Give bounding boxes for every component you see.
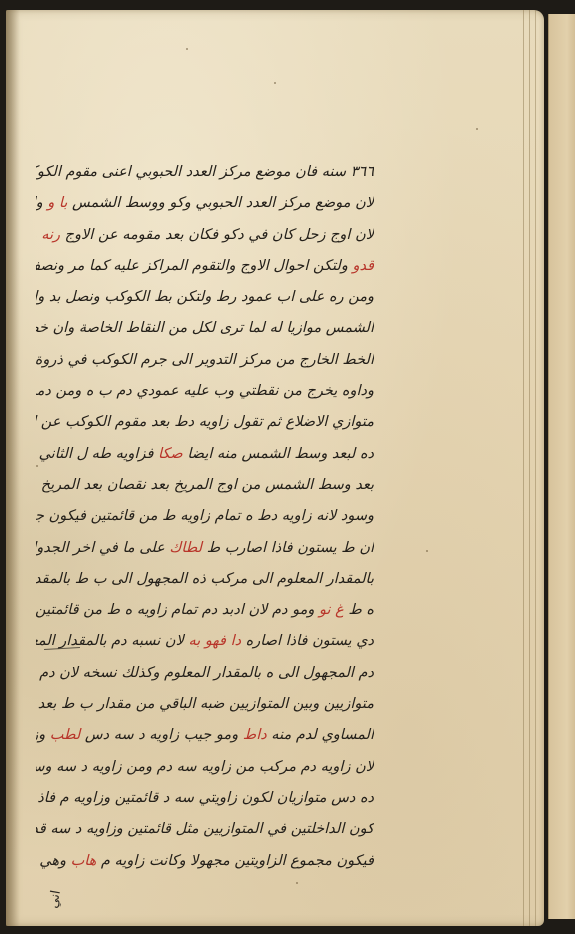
paper-speck: [476, 128, 478, 130]
main-text-block: ٣٦٦ سنه فان موضع مركز العدد الحبوبي اعنى…: [36, 157, 374, 877]
page-edge-lines: [518, 10, 544, 926]
paper-speck: [426, 550, 428, 552]
rubric: هاب: [71, 853, 97, 869]
rubric: با و: [47, 195, 67, 211]
rubric: رنه: [41, 227, 60, 243]
text-line-18: متوازيين وبين المتوازيين ضبه الباقي من م…: [36, 689, 374, 720]
text-line-5: ومن ره على اب عمود رط ولتكن بط الكوكب ون…: [36, 282, 374, 313]
scan-frame: ٣٦٦ سنه فان موضع مركز العدد الحبوبي اعنى…: [0, 0, 575, 934]
text-line-3: لان اوج زحل كان في دكو فكان بعد مقومه عن…: [36, 220, 374, 251]
text-line-8: وداوه يخرج من نقطتي وب عليه عمودي دم ب ه…: [36, 376, 374, 407]
catchword: اني: [46, 889, 64, 909]
text-line-6: الشمس موازيا له لما ترى لكل من النقاط ال…: [36, 313, 374, 344]
underlying-pages: [548, 14, 575, 919]
rubric: قدو: [352, 258, 374, 274]
rubric: لطب: [50, 727, 81, 743]
text-line-12: وسود لانه زاويه دط ه تمام زاويه ط من قائ…: [36, 501, 374, 532]
rubric: دا فهو به: [188, 633, 241, 649]
text-line-13: ان ط يستون فاذا اصارب ط لطاك على ما في ا…: [36, 533, 374, 564]
paper-speck: [296, 882, 298, 884]
text-line-14: بالمقدار المعلوم الى مركب ذه المجهول الى…: [36, 564, 374, 595]
paper-speck: [274, 82, 276, 84]
text-line-10: ده لبعد وسط الشمس منه ايضا صكا فزاويه طه…: [36, 439, 374, 470]
text-line-4: قدو ولتكن احوال الاوج والتقوم المراكز عل…: [36, 251, 374, 282]
rubric: لطاك: [169, 540, 202, 556]
gutter-shadow: [6, 10, 20, 926]
rubric: صكا: [158, 446, 183, 462]
text-line-23: فيكون مجموع الزاويتين مجهولا وكانت زاويه…: [36, 846, 374, 877]
text-line-1: ٣٦٦ سنه فان موضع مركز العدد الحبوبي اعنى…: [36, 157, 374, 188]
text-line-17: دم المجهول الى ه بالمقدار المعلوم وكذلك …: [36, 658, 374, 689]
text-line-20: لان زاويه دم مركب من زاويه سه دم ومن زاو…: [36, 752, 374, 783]
text-line-11: بعد وسط الشمس من اوج المريخ بعد نقصان بع…: [36, 470, 374, 501]
text-line-19: المساوي لدم منه داط ومو جيب زاويه د سه د…: [36, 720, 374, 751]
text-line-9: متوازي الاضلاع ثم تقول زاويه دط بعد مقوم…: [36, 407, 374, 438]
text-line-7: الخط الخارج من مركز التدوير الى جرم الكو…: [36, 345, 374, 376]
paper-speck: [186, 48, 188, 50]
manuscript-page: ٣٦٦ سنه فان موضع مركز العدد الحبوبي اعنى…: [6, 10, 544, 926]
text-line-22: كون الداخلتين في المتوازيين مثل قائمتين …: [36, 814, 374, 845]
rubric: غ نو: [319, 602, 344, 618]
text-line-16: دي يستون فاذا اصاره دا فهو به لان نسبه د…: [36, 626, 374, 657]
text-line-15: ه ط غ نو ومو دم لان ادبد دم تمام زاويه ه…: [36, 595, 374, 626]
text-line-21: ده دس متوازيان لكون زاويتي سه د قائمتين …: [36, 783, 374, 814]
text-line-2: لان موضع مركز العدد الحبوبي وكو ووسط الش…: [36, 188, 374, 219]
rubric: داط: [243, 727, 267, 743]
